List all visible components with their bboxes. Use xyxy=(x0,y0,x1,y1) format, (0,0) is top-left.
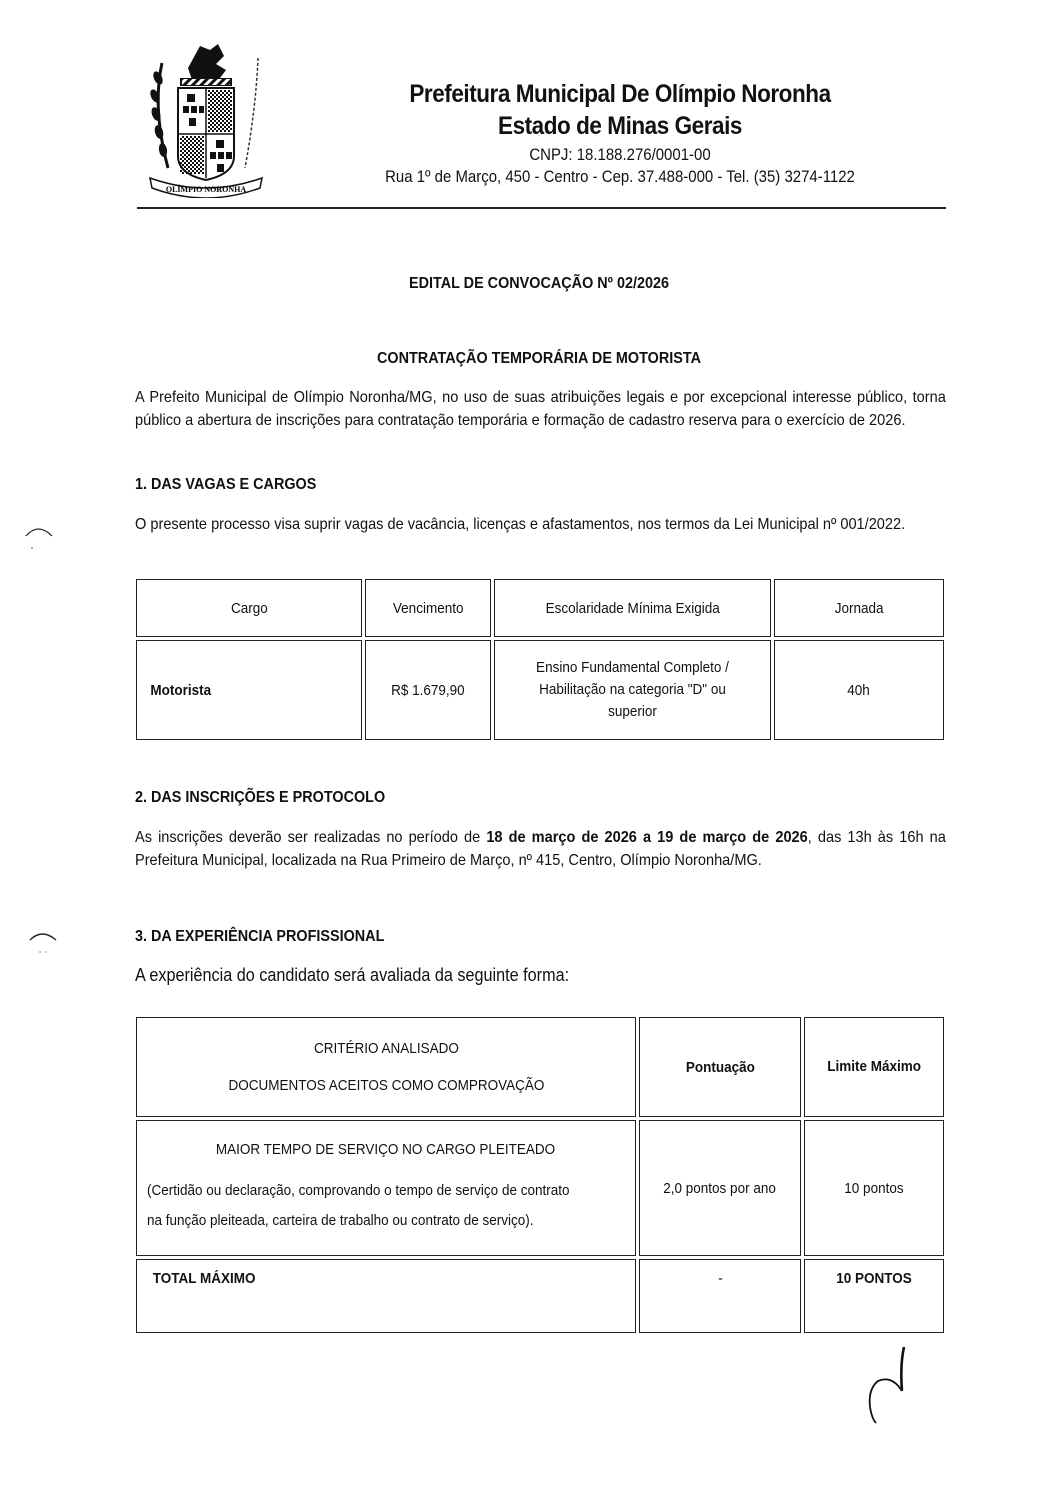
header-escolaridade: Escolaridade Mínima Exigida xyxy=(494,579,771,637)
cnpj-text: CNPJ: 18.188.276/0001-00 xyxy=(365,145,875,165)
header-score: Pontuação xyxy=(639,1017,801,1117)
cell-limit: 10 pontos xyxy=(804,1120,944,1256)
svg-text:OLÍMPIO NORONHA: OLÍMPIO NORONHA xyxy=(166,184,246,194)
cell-jornada: 40h xyxy=(774,640,944,740)
experience-table: CRITÉRIO ANALISADO DOCUMENTOS ACEITOS CO… xyxy=(133,1014,947,1336)
table-header-row: Cargo Vencimento Escolaridade Mínima Exi… xyxy=(136,579,944,637)
table-total-row: TOTAL MÁXIMO - 10 PONTOS xyxy=(136,1259,944,1333)
cell-total-score: - xyxy=(639,1259,801,1333)
section-1-text: O presente processo visa suprir vagas de… xyxy=(135,513,945,536)
positions-table: Cargo Vencimento Escolaridade Mínima Exi… xyxy=(133,576,947,743)
header-jornada: Jornada xyxy=(774,579,944,637)
punch-mark-icon xyxy=(24,522,64,562)
cell-vencimento: R$ 1.679,90 xyxy=(365,640,491,740)
section-1-heading: 1. DAS VAGAS E CARGOS xyxy=(135,476,316,494)
registration-period: 18 de março de 2026 a 19 de março de 202… xyxy=(486,829,807,846)
cell-score: 2,0 pontos por ano xyxy=(639,1120,801,1256)
cell-total-label: TOTAL MÁXIMO xyxy=(136,1259,636,1333)
cell-escolaridade: Ensino Fundamental Completo / Habilitaçã… xyxy=(494,640,771,740)
section-2-text: As inscrições deverão ser realizadas no … xyxy=(135,826,945,872)
cell-criterion: MAIOR TEMPO DE SERVIÇO NO CARGO PLEITEAD… xyxy=(136,1120,636,1256)
coat-of-arms-icon: OLÍMPIO NORONHA xyxy=(140,38,272,198)
section-3-heading: 3. DA EXPERIÊNCIA PROFISSIONAL xyxy=(135,928,384,946)
cell-total-limit: 10 PONTOS xyxy=(804,1259,944,1333)
section-2-heading: 2. DAS INSCRIÇÕES E PROTOCOLO xyxy=(135,789,385,807)
header-vencimento: Vencimento xyxy=(365,579,491,637)
punch-mark-icon xyxy=(26,928,66,968)
header-divider xyxy=(137,207,946,209)
intro-paragraph: A Prefeito Municipal de Olímpio Noronha/… xyxy=(135,386,945,432)
table-row: Motorista R$ 1.679,90 Ensino Fundamental… xyxy=(136,640,944,740)
municipality-title: Prefeitura Municipal De Olímpio Noronha xyxy=(368,80,872,109)
cell-cargo: Motorista xyxy=(136,640,362,740)
table-header-row: CRITÉRIO ANALISADO DOCUMENTOS ACEITOS CO… xyxy=(136,1017,944,1117)
header-limit: Limite Máximo xyxy=(804,1017,944,1117)
state-title: Estado de Minas Gerais xyxy=(368,112,872,141)
table-row: MAIOR TEMPO DE SERVIÇO NO CARGO PLEITEAD… xyxy=(136,1120,944,1256)
header-criterion: CRITÉRIO ANALISADO DOCUMENTOS ACEITOS CO… xyxy=(136,1017,636,1117)
header-cargo: Cargo xyxy=(136,579,362,637)
subject-title: CONTRATAÇÃO TEMPORÁRIA DE MOTORISTA xyxy=(174,350,905,368)
section-3-text: A experiência do candidato será avaliada… xyxy=(135,965,569,986)
edital-title: EDITAL DE CONVOCAÇÃO Nº 02/2026 xyxy=(174,275,905,293)
signature-icon xyxy=(860,1345,910,1425)
address-text: Rua 1º de Março, 450 - Centro - Cep. 37.… xyxy=(365,167,875,187)
